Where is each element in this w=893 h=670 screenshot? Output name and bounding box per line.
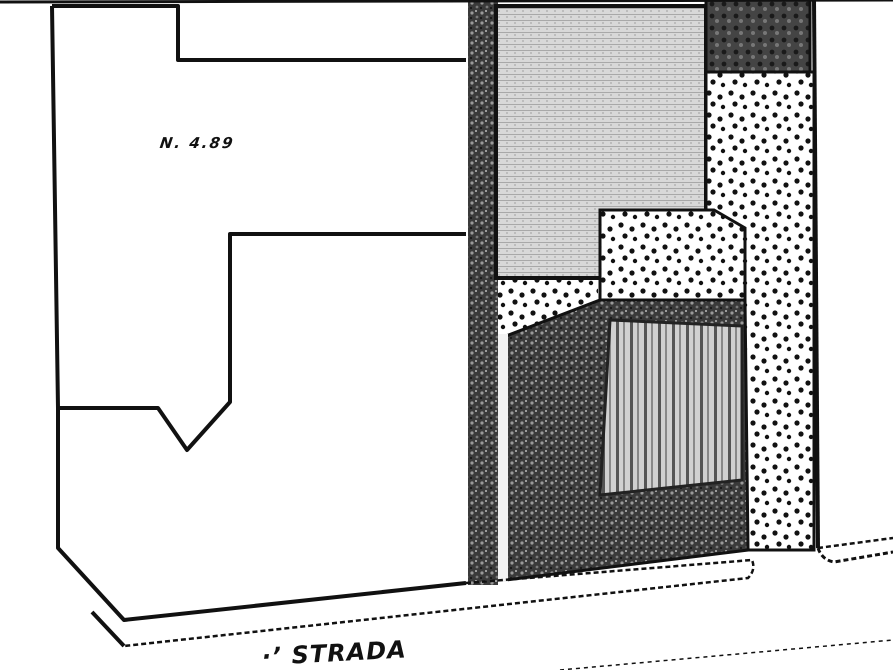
parcel-outline-left <box>52 6 466 620</box>
parcel-number-label: N. 4.89 <box>159 134 236 152</box>
hatched-building-block <box>468 0 818 585</box>
cadastral-map <box>0 0 893 670</box>
